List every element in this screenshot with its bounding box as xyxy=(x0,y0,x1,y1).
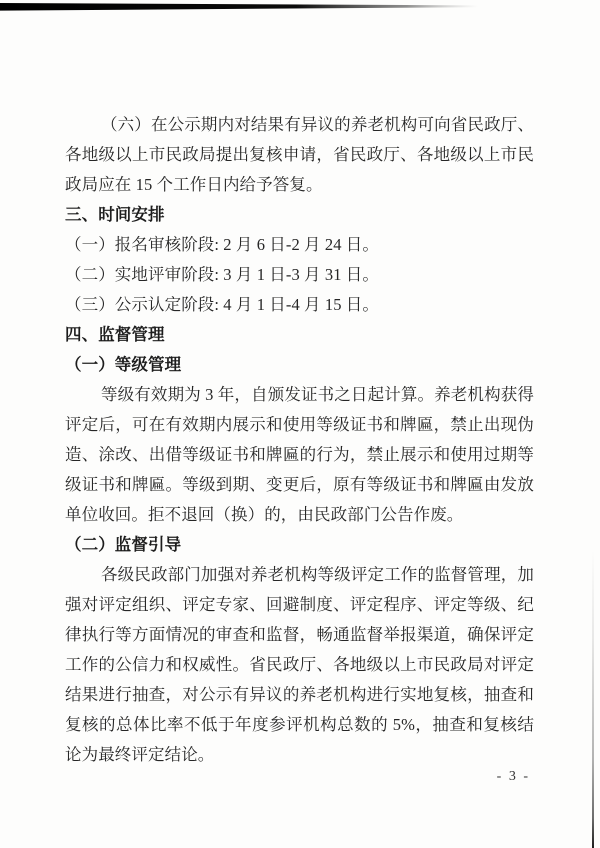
schedule-item-publicity: （三）公示认定阶段: 4 月 1 日-4 月 15 日。 xyxy=(65,290,534,320)
paragraph-supervision-guide: 各级民政部门加强对养老机构等级评定工作的监督管理，加强对评定组织、评定专家、回避… xyxy=(65,560,534,770)
schedule-item-site-review: （二）实地评审阶段: 3 月 1 日-3 月 31 日。 xyxy=(65,260,534,290)
section-heading-schedule: 三、时间安排 xyxy=(65,200,534,230)
paragraph-grade-management: 等级有效期为 3 年，自颁发证书之日起计算。养老机构获得评定后，可在有效期内展示… xyxy=(65,380,534,530)
subheading-grade-management: （一）等级管理 xyxy=(65,350,534,380)
page-number: - 3 - xyxy=(497,768,530,786)
scan-artifact-right-line xyxy=(592,550,594,848)
scan-artifact-top-svg xyxy=(0,3,600,13)
subheading-supervision-guide: （二）监督引导 xyxy=(65,530,534,560)
section-heading-supervision: 四、监督管理 xyxy=(65,320,534,350)
document-body: （六）在公示期内对结果有异议的养老机构可向省民政厅、各地级以上市民政局提出复核申… xyxy=(65,110,534,770)
scan-artifact-top-band xyxy=(0,0,600,10)
scanned-document-page: （六）在公示期内对结果有异议的养老机构可向省民政厅、各地级以上市民政局提出复核申… xyxy=(0,0,600,848)
paragraph-appeal: （六）在公示期内对结果有异议的养老机构可向省民政厅、各地级以上市民政局提出复核申… xyxy=(65,110,534,200)
schedule-item-registration: （一）报名审核阶段: 2 月 6 日-2 月 24 日。 xyxy=(65,230,534,260)
